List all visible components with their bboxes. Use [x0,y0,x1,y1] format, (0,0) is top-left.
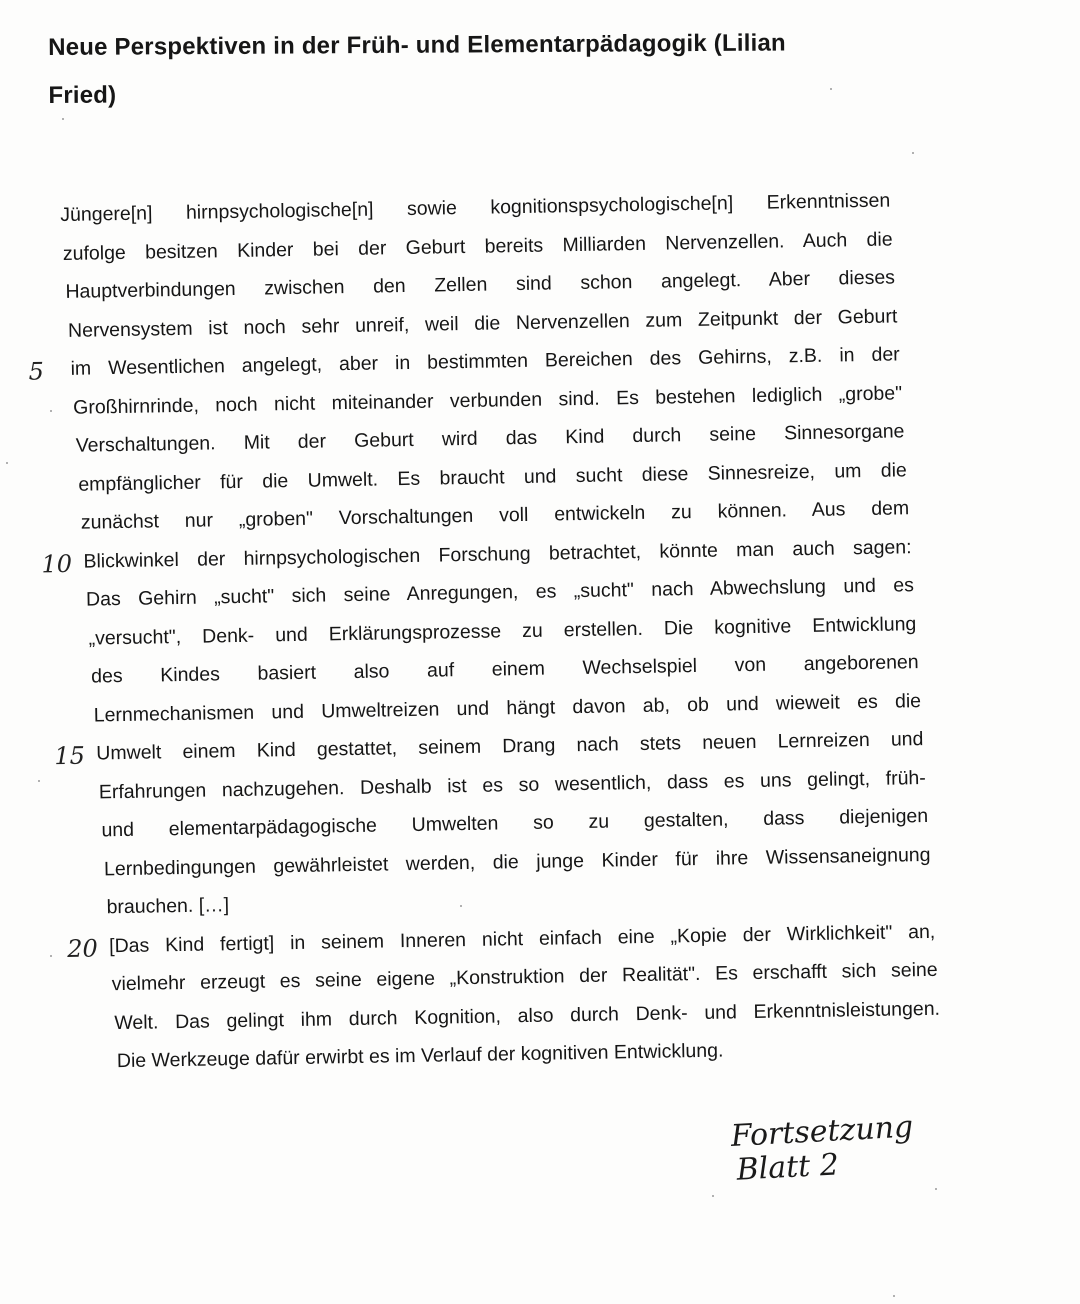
scan-speck [460,905,462,907]
scan-speck [912,152,914,154]
line-number: 5 [28,352,44,391]
handwritten-note: Fortsetzung Blatt 2 [730,1110,916,1187]
scan-speck [50,955,52,957]
line-text: brauchen. […] [106,894,229,918]
line-number: 10 [41,544,72,583]
handwritten-note-line-2: Blatt 2 [732,1144,916,1188]
scan-speck [38,780,40,782]
scan-speck [935,1188,937,1190]
scan-speck [62,118,64,120]
scan-speck [893,1295,895,1297]
title-line-1: Neue Perspektiven in der Früh- und Eleme… [48,19,878,72]
line-text: Die Werkzeuge dafür erwirbt es im Verlau… [117,1040,724,1073]
document-title: Neue Perspektiven in der Früh- und Eleme… [48,19,879,120]
scan-speck [6,462,8,464]
scan-speck [830,88,832,90]
scan-speck [712,1195,714,1197]
document-body: Jüngere[n] hirnpsychologische[n] sowie k… [60,182,905,1082]
scan-speck [50,410,52,412]
line-number: 20 [67,929,98,968]
title-line-2: Fried) [48,67,878,120]
line-number: 15 [54,737,85,776]
document-page: Neue Perspektiven in der Früh- und Eleme… [0,0,1080,1304]
